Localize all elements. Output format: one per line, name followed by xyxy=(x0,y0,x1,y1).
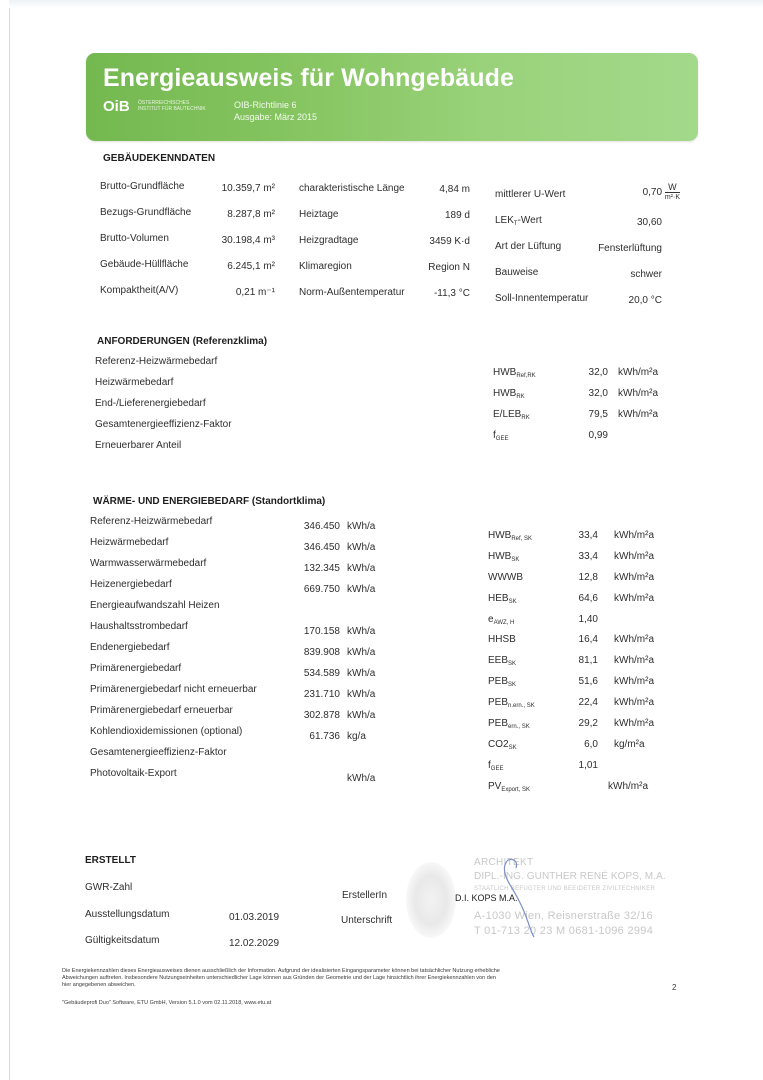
specific-unit: kWh/m²a xyxy=(614,572,654,583)
specific-symbol: fGEE xyxy=(488,760,503,772)
building-label: Brutto-Grundfläche xyxy=(100,181,185,192)
demand-value: 669.750 xyxy=(290,584,340,595)
demand-value: 839.908 xyxy=(290,647,340,658)
demand-unit: kWh/a xyxy=(347,710,375,721)
unit-denominator: m²·K xyxy=(665,193,680,202)
requirement-symbol: HWBRef,RK xyxy=(493,367,536,379)
symbol-subscript: SK xyxy=(509,745,517,751)
oib-logo: OiB xyxy=(103,98,130,115)
symbol: PEB xyxy=(488,697,508,708)
demand-label: Gesamtenergieeffizienz-Faktor xyxy=(90,747,227,758)
symbol: PEB xyxy=(488,718,508,729)
building-value: Fensterlüftung xyxy=(570,243,662,254)
requirement-unit: kWh/m²a xyxy=(618,367,658,378)
demand-label: Heizenergiebedarf xyxy=(90,579,172,590)
building-value: -11,3 °C xyxy=(400,288,470,299)
specific-value: 16,4 xyxy=(560,634,598,645)
symbol: EEB xyxy=(488,655,508,666)
requirements-title-suffix: (Referenzklima) xyxy=(193,336,267,347)
requirement-symbol: HWBRK xyxy=(493,388,525,400)
demand-title: WÄRME- UND ENERGIEBEDARF xyxy=(93,496,249,507)
building-label: Art der Lüftung xyxy=(495,241,561,252)
symbol-subscript: GEE xyxy=(491,766,504,772)
symbol-subscript: SK xyxy=(509,599,517,605)
building-value: 30.198,4 m³ xyxy=(200,235,275,246)
symbol-subscript: AWZ, H xyxy=(494,620,515,626)
demand-value: 302.878 xyxy=(290,710,340,721)
disclaimer-line-1: Die Energiekennzahlen dieses Energieausw… xyxy=(62,968,500,975)
specific-unit: kWh/m²a xyxy=(614,697,654,708)
signature-stroke xyxy=(498,858,546,938)
demand-label: Referenz-Heizwärmebedarf xyxy=(90,516,212,527)
guideline: OIB-Richtlinie 6 xyxy=(234,100,297,110)
specific-symbol: PEBn.ern., SK xyxy=(488,697,535,709)
demand-title-suffix: (Standortklima) xyxy=(252,496,325,507)
requirement-value: 32,0 xyxy=(570,367,608,378)
demand-unit: kWh/a xyxy=(347,584,375,595)
building-value: 8.287,8 m² xyxy=(200,209,275,220)
building-value: 3459 K·d xyxy=(400,236,470,247)
page-number: 2 xyxy=(672,984,676,991)
specific-symbol: HHSB xyxy=(488,634,516,646)
specific-value: 33,4 xyxy=(560,530,598,541)
specific-unit: kWh/m²a xyxy=(608,781,648,792)
specific-symbol: PEBSK xyxy=(488,676,516,688)
section-title-created: ERSTELLT xyxy=(85,855,136,866)
page-edge xyxy=(9,0,10,1080)
specific-symbol: HWBSK xyxy=(488,551,519,563)
specific-unit: kWh/m²a xyxy=(614,593,654,604)
symbol-subscript: n.ern., SK xyxy=(508,703,535,709)
stamp-emblem xyxy=(406,862,456,938)
disclaimer-line-3: hier angegebenen abweichen. xyxy=(62,982,136,989)
section-title-requirements: ANFORDERUNGEN (Referenzklima) xyxy=(97,336,267,347)
demand-label: Primärenergiebedarf erneuerbar xyxy=(90,705,233,716)
symbol-subscript: SK xyxy=(508,661,516,667)
symbol-subscript: RK xyxy=(516,394,524,400)
demand-unit: kWh/a xyxy=(347,626,375,637)
symbol: HWB xyxy=(488,551,511,562)
specific-value: 51,6 xyxy=(560,676,598,687)
specific-value: 1,01 xyxy=(560,760,598,771)
symbol: HWB xyxy=(488,530,511,541)
specific-unit: kg/m²a xyxy=(614,739,645,750)
requirement-unit: kWh/m²a xyxy=(618,388,658,399)
demand-value: 346.450 xyxy=(290,542,340,553)
symbol: HWB xyxy=(493,388,516,399)
building-label: mittlerer U-Wert xyxy=(495,189,565,200)
building-label: Brutto-Volumen xyxy=(100,233,169,244)
label-main: LEK xyxy=(495,215,514,226)
specific-value: 81,1 xyxy=(560,655,598,666)
specific-unit: kWh/m²a xyxy=(614,530,654,541)
requirement-value: 0,99 xyxy=(570,430,608,441)
author-label: ErstellerIn xyxy=(342,890,387,901)
symbol: PEB xyxy=(488,676,508,687)
oib-logo-subtitle: Österreichisches Institut für Bautechnik xyxy=(138,100,206,112)
symbol-subscript: SK xyxy=(508,682,516,688)
requirement-label: Erneuerbarer Anteil xyxy=(95,440,181,451)
building-label: Norm-Außentemperatur xyxy=(299,287,405,298)
requirement-label: Heizwärmebedarf xyxy=(95,377,173,388)
symbol: CO2 xyxy=(488,739,509,750)
symbol-subscript: Ref, SK xyxy=(511,536,532,542)
demand-unit: kWh/a xyxy=(347,668,375,679)
symbol: HEB xyxy=(488,593,509,604)
building-label: LEKT-Wert xyxy=(495,215,542,227)
issue-date-label: Ausstellungsdatum xyxy=(85,909,170,920)
building-value: schwer xyxy=(570,269,662,280)
specific-unit: kWh/m²a xyxy=(614,551,654,562)
specific-value: 33,4 xyxy=(560,551,598,562)
building-value: 0,21 m⁻¹ xyxy=(200,287,275,298)
building-label: Bezugs-Grundfläche xyxy=(100,207,191,218)
demand-label: Photovoltaik-Export xyxy=(90,768,177,779)
requirement-label: Referenz-Heizwärmebedarf xyxy=(95,356,217,367)
building-value: 10.359,7 m² xyxy=(200,183,275,194)
oib-sub-line-2: Institut für Bautechnik xyxy=(138,106,206,112)
software-credit: "Gebäudeprofi Duo" Software, ETU GmbH, V… xyxy=(62,1000,271,1007)
building-value: 0,70 Wm²·K xyxy=(590,183,680,202)
building-label: Bauweise xyxy=(495,267,538,278)
signature-label: Unterschrift xyxy=(341,915,392,926)
specific-value: 22,4 xyxy=(560,697,598,708)
specific-symbol: HWBRef, SK xyxy=(488,530,532,542)
building-value: 6.245,1 m² xyxy=(200,261,275,272)
unit-fraction: Wm²·K xyxy=(665,183,680,202)
building-value: 30,60 xyxy=(570,217,662,228)
symbol-subscript: SK xyxy=(511,557,519,563)
document-title: Energieausweis für Wohngebäude xyxy=(103,64,514,93)
unit-numerator: W xyxy=(665,183,680,193)
demand-label: Primärenergiebedarf xyxy=(90,663,181,674)
specific-symbol: PEBern., SK xyxy=(488,718,530,730)
specific-symbol: HEBSK xyxy=(488,593,517,605)
symbol-subscript: RK xyxy=(521,415,529,421)
specific-symbol: PVExport, SK xyxy=(488,781,530,793)
issue-date-value: 01.03.2019 xyxy=(229,912,279,923)
valid-date-value: 12.02.2029 xyxy=(229,938,279,949)
requirement-symbol: fGEE xyxy=(493,430,508,442)
symbol-subscript: ern., SK xyxy=(508,724,530,730)
demand-value: 61.736 xyxy=(290,731,340,742)
demand-label: Heizwärmebedarf xyxy=(90,537,168,548)
specific-value: 12,8 xyxy=(560,572,598,583)
demand-value: 534.589 xyxy=(290,668,340,679)
requirement-label: End-/Lieferenergiebedarf xyxy=(95,398,206,409)
page-top-shadow xyxy=(9,0,763,8)
specific-value: 1,40 xyxy=(560,614,598,625)
symbol: WWWB xyxy=(488,572,523,583)
building-label: charakteristische Länge xyxy=(299,183,405,194)
demand-value: 346.450 xyxy=(290,521,340,532)
gwr-label: GWR-Zahl xyxy=(85,882,132,893)
demand-label: Haushaltsstrombedarf xyxy=(90,621,188,632)
demand-unit: kWh/a xyxy=(347,563,375,574)
building-value: 20,0 °C xyxy=(570,295,662,306)
disclaimer-line-2: Abweichungen auftreten. Insbesondere Nut… xyxy=(62,975,496,982)
specific-unit: kWh/m²a xyxy=(614,676,654,687)
specific-unit: kWh/m²a xyxy=(614,634,654,645)
symbol-subscript: GEE xyxy=(496,436,509,442)
demand-unit: kWh/a xyxy=(347,542,375,553)
demand-unit: kWh/a xyxy=(347,521,375,532)
requirement-value: 32,0 xyxy=(570,388,608,399)
demand-unit: kWh/a xyxy=(347,647,375,658)
demand-value: 231.710 xyxy=(290,689,340,700)
demand-label: Warmwasserwärmebedarf xyxy=(90,558,206,569)
building-value: Region N xyxy=(400,262,470,273)
symbol-subscript: Export, SK xyxy=(501,787,530,793)
specific-value: 29,2 xyxy=(560,718,598,729)
specific-unit: kWh/m²a xyxy=(614,718,654,729)
demand-unit: kWh/a xyxy=(347,689,375,700)
specific-symbol: WWWB xyxy=(488,572,523,584)
specific-unit: kWh/m²a xyxy=(614,655,654,666)
building-label: Kompaktheit(A/V) xyxy=(100,285,178,296)
valid-date-label: Gültigkeitsdatum xyxy=(85,935,159,946)
building-label: Heiztage xyxy=(299,209,338,220)
demand-label: Primärenergiebedarf nicht erneuerbar xyxy=(90,684,257,695)
specific-symbol: EEBSK xyxy=(488,655,516,667)
u-value: 0,70 xyxy=(643,187,662,198)
building-value: 4,84 m xyxy=(400,184,470,195)
building-label: Gebäude-Hüllfläche xyxy=(100,259,188,270)
requirement-label: Gesamtenergieeffizienz-Faktor xyxy=(95,419,232,430)
specific-value: 6,0 xyxy=(560,739,598,750)
requirement-unit: kWh/m²a xyxy=(618,409,658,420)
demand-label: Kohlendioxidemissionen (optional) xyxy=(90,726,242,737)
requirement-value: 79,5 xyxy=(570,409,608,420)
demand-unit: kWh/a xyxy=(347,773,375,784)
section-title-building-data: GEBÄUDEKENNDATEN xyxy=(103,153,215,164)
specific-value: 64,6 xyxy=(560,593,598,604)
building-value: 189 d xyxy=(400,210,470,221)
symbol-subscript: Ref,RK xyxy=(516,373,535,379)
building-label: Heizgradtage xyxy=(299,235,358,246)
symbol: PV xyxy=(488,781,501,792)
symbol: HHSB xyxy=(488,634,516,645)
header-banner: Energieausweis für Wohngebäude OiB Öster… xyxy=(86,53,698,141)
symbol: E/LEB xyxy=(493,409,521,420)
section-title-demand: WÄRME- UND ENERGIEBEDARF (Standortklima) xyxy=(93,496,325,507)
edition: Ausgabe: März 2015 xyxy=(234,112,317,122)
requirements-title: ANFORDERUNGEN xyxy=(97,336,190,347)
demand-label: Endenergiebedarf xyxy=(90,642,170,653)
specific-symbol: CO2SK xyxy=(488,739,517,751)
demand-value: 170.158 xyxy=(290,626,340,637)
demand-label: Energieaufwandszahl Heizen xyxy=(90,600,220,611)
demand-unit: kg/a xyxy=(347,731,366,742)
demand-value: 132.345 xyxy=(290,563,340,574)
building-label: Klimaregion xyxy=(299,261,352,272)
label-rest: -Wert xyxy=(518,215,542,226)
requirement-symbol: E/LEBRK xyxy=(493,409,530,421)
symbol: HWB xyxy=(493,367,516,378)
specific-symbol: eAWZ, H xyxy=(488,614,514,626)
